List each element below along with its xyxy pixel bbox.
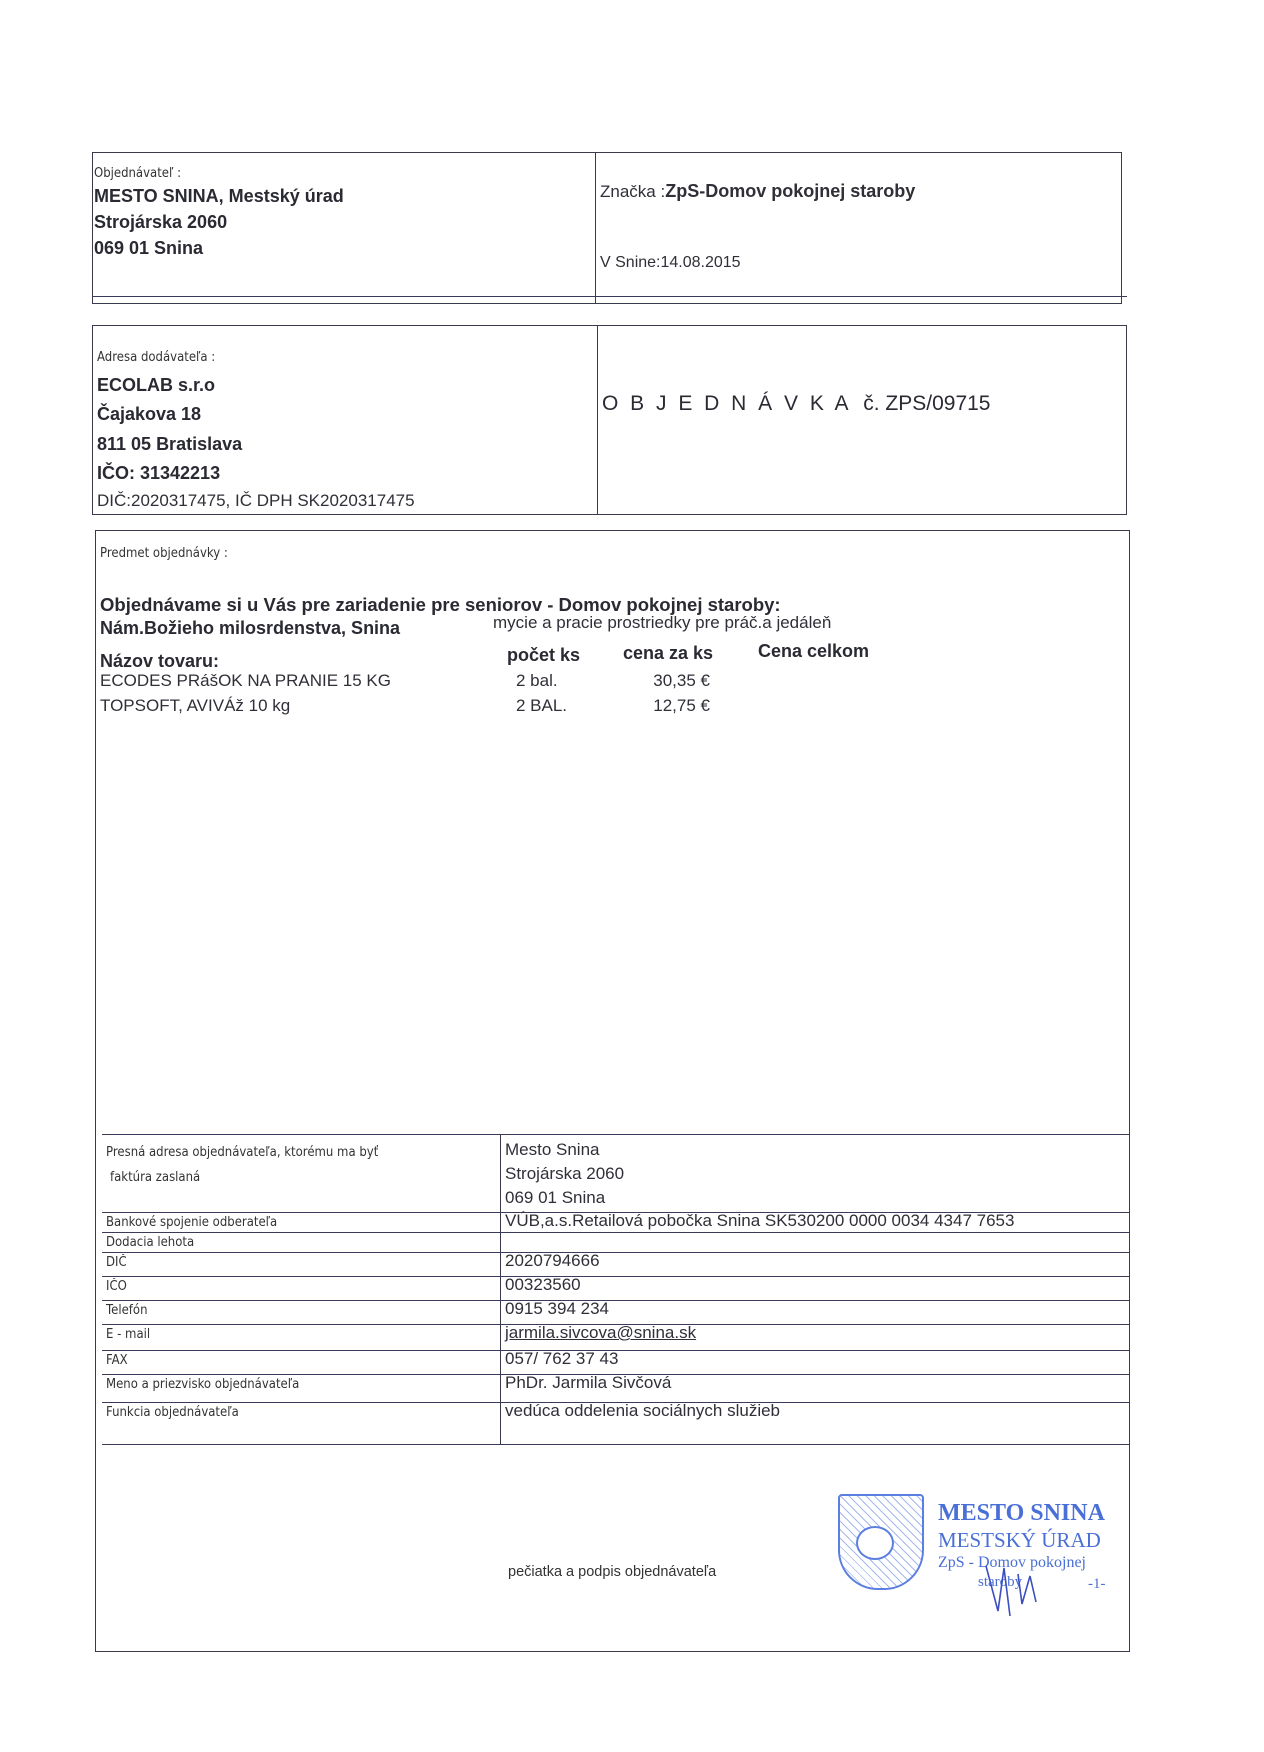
- item-qty: 2 bal.: [516, 671, 558, 691]
- orderer-label: Objednávateľ :: [94, 166, 181, 181]
- detail-label: E - mail: [106, 1327, 150, 1342]
- place-date: V Snine:14.08.2015: [600, 254, 741, 272]
- reference: Značka :ZpS-Domov pokojnej staroby: [600, 181, 915, 202]
- row-divider: [102, 1444, 1130, 1445]
- row-divider: [102, 1300, 1130, 1301]
- orderer-section: [92, 152, 1122, 304]
- invoice-address-line-1: Mesto Snina: [505, 1140, 600, 1160]
- row-divider: [102, 1276, 1130, 1277]
- column-unit-price: cena za ks: [623, 643, 713, 664]
- item-name: TOPSOFT, AVIVÁž 10 kg: [100, 696, 290, 716]
- signature-icon: [978, 1556, 1048, 1626]
- reference-label: Značka :: [600, 182, 665, 201]
- row-divider: [102, 1232, 1130, 1233]
- supplier-ico: IČO: 31342213: [97, 463, 220, 484]
- column-qty: počet ks: [507, 645, 580, 666]
- detail-label: Dodacia lehota: [106, 1235, 194, 1250]
- supplier-city: 811 05 Bratislava: [97, 434, 242, 455]
- column-name: Názov tovaru:: [100, 651, 219, 672]
- detail-value: vedúca oddelenia sociálnych služieb: [505, 1401, 780, 1421]
- supplier-street: Čajakova 18: [97, 404, 201, 425]
- orderer-name: MESTO SNINA, Mestský úrad: [94, 186, 344, 207]
- column-total: Cena celkom: [758, 641, 869, 662]
- orderer-street: Strojárska 2060: [94, 212, 227, 233]
- subject-location: Nám.Božieho milosrdenstva, Snina: [100, 618, 400, 639]
- divider: [597, 325, 598, 515]
- detail-label: Bankové spojenie odberateľa: [106, 1215, 277, 1230]
- subject-label: Predmet objednávky :: [100, 546, 228, 561]
- order-title: O B J E D N Á V K A: [602, 392, 852, 415]
- stamp-line-2: MESTSKÝ ÚRAD: [938, 1528, 1101, 1553]
- item-unit-price: 30,35 €: [630, 671, 710, 691]
- page-mark: -1-: [1088, 1576, 1106, 1593]
- detail-label: Funkcia objednávateľa: [106, 1405, 239, 1420]
- supplier-name: ECOLAB s.r.o: [97, 375, 215, 396]
- email-link[interactable]: jarmila.sivcova@snina.sk: [505, 1323, 696, 1343]
- detail-value: PhDr. Jarmila Sivčová: [505, 1373, 671, 1393]
- item-unit-price: 12,75 €: [630, 696, 710, 716]
- divider: [595, 152, 596, 304]
- detail-label: IČO: [106, 1279, 127, 1294]
- supplier-label: Adresa dodávateľa :: [97, 350, 215, 365]
- order-heading: O B J E D N Á V K A č. ZPS/09715: [602, 392, 990, 416]
- supplier-section: [92, 325, 1127, 515]
- divider: [92, 296, 1127, 297]
- invoice-address-label-1: Presná adresa objednávateľa, ktorému ma …: [106, 1145, 378, 1160]
- order-number: č. ZPS/09715: [863, 392, 990, 415]
- divider: [500, 1134, 501, 1444]
- invoice-address-line-3: 069 01 Snina: [505, 1188, 605, 1208]
- subject-description: mycie a pracie prostriedky pre práč.a je…: [493, 613, 831, 633]
- detail-label: DIČ: [106, 1255, 127, 1270]
- detail-value: 2020794666: [505, 1251, 600, 1271]
- divider: [102, 1134, 1130, 1135]
- item-qty: 2 BAL.: [516, 696, 567, 716]
- signature-label: pečiatka a podpis objednávateľa: [508, 1564, 716, 1580]
- invoice-address-label-2: faktúra zaslaná: [110, 1170, 200, 1185]
- detail-label: Meno a priezvisko objednávateľa: [106, 1377, 299, 1392]
- detail-value: 057/ 762 37 43: [505, 1349, 618, 1369]
- detail-label: Telefón: [106, 1303, 147, 1318]
- stamp-line-1: MESTO SNINA: [938, 1500, 1105, 1527]
- orderer-city: 069 01 Snina: [94, 238, 203, 259]
- detail-value: 0915 394 234: [505, 1299, 609, 1319]
- coat-of-arms-icon: [838, 1494, 924, 1590]
- item-name: ECODES PRášOK NA PRANIE 15 KG: [100, 671, 391, 691]
- official-stamp: MESTO SNINA MESTSKÝ ÚRAD ZpS - Domov pok…: [838, 1486, 1138, 1616]
- reference-value: ZpS-Domov pokojnej staroby: [665, 181, 915, 201]
- invoice-address-line-2: Strojárska 2060: [505, 1164, 624, 1184]
- detail-value: VÚB,a.s.Retailová pobočka Snina SK530200…: [505, 1211, 1014, 1231]
- detail-label: FAX: [106, 1353, 128, 1368]
- row-divider: [102, 1252, 1130, 1253]
- supplier-dic: DIČ:2020317475, IČ DPH SK2020317475: [97, 491, 415, 511]
- detail-value: 00323560: [505, 1275, 581, 1295]
